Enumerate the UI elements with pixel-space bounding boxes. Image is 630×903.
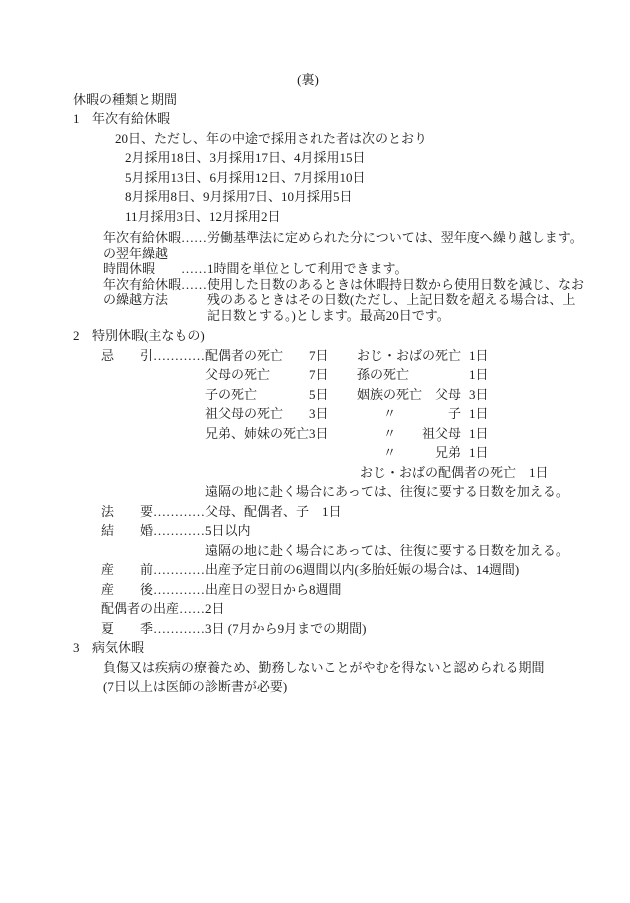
bereavement-row: 配偶者の死亡 7日 おじ・おばの死亡1日 [205,346,573,366]
item-desc: 父母、配偶者、子 1日 [205,502,573,522]
relation-detail: 子 [448,404,461,424]
distance-note: 遠隔の地に赴く場合にあっては、往復に要する日数を加える。 [205,482,573,502]
hire-month-schedule-line: 11月採用3日、12月採用2日 [125,207,573,227]
bereavement-leave-item: 忌 引………… 配偶者の死亡 7日 おじ・おばの死亡1日 父母の死亡 7日 孫の… [101,346,573,502]
relative-name: 孫の死亡 [357,365,409,385]
rule-carryover: 年次有給休暇…… の翌年繰越 労働基準法に定められた分については、翌年度へ繰り越… [103,230,573,261]
bereavement-row: 父母の死亡 7日 孫の死亡1日 [205,365,573,385]
relative-name: 配偶者の死亡 [205,346,309,366]
bereavement-row: おじ・おばの配偶者の死亡 1日 [205,463,573,483]
days-value: 1日 [469,346,489,366]
rule-carryover-method: 年次有給休暇…… の繰越方法 使用した日数のあるときは休暇持日数から使用日数を減… [103,277,573,324]
section-3-heading: 3 病気休暇 [73,638,573,658]
bereavement-row: 祖父母の死亡 3日 〃子1日 [205,404,573,424]
rule-term: 時間休暇 …… [103,261,207,277]
marriage-item: 結 婚………… 5日以内 [101,521,573,541]
relation-detail: 祖父母 [422,424,461,444]
annual-leave-intro: 20日、ただし、年の中途で採用された者は次のとおり [115,129,573,149]
item-term: 法 要………… [101,502,205,522]
prenatal-item: 産 前………… 出産予定日前の6週間以内(多胎妊娠の場合は、14週間) [101,560,573,580]
days-value: 7日 [309,365,339,385]
section-1-title: 年次有給休暇 [92,109,170,129]
days-value: 5日 [309,385,339,405]
relation-detail: 兄弟 [435,443,461,463]
section-2-number: 2 [73,326,92,346]
summer-leave-item: 夏 季………… 3日 (7月から9月までの期間) [101,619,573,639]
sick-leave-condition: 負傷又は疾病の療養ため、勤務しないことがやむを得ないと認められる期間 [103,658,573,678]
hire-month-schedule-line: 8月採用8日、9月採用7日、10月採用5日 [125,187,573,207]
hire-month-schedule-line: 2月採用18日、3月採用17日、4月採用15日 [125,148,573,168]
section-1-number: 1 [73,109,92,129]
rule-desc: 1時間を単位として利用できます。 [207,261,573,277]
rule-term: 年次有給休暇…… [103,230,207,246]
item-term: 夏 季………… [101,619,205,639]
memorial-service-item: 法 要………… 父母、配偶者、子 1日 [101,502,573,522]
uncle-aunt-spouse-line: おじ・おばの配偶者の死亡 1日 [360,463,549,483]
section-2-title: 特別休暇(主なもの) [92,326,205,346]
rule-hourly-leave: 時間休暇 …… 1時間を単位として利用できます。 [103,261,573,277]
days-value: 3日 [469,385,489,405]
annual-leave-rules: 年次有給休暇…… の翌年繰越 労働基準法に定められた分については、翌年度へ繰り越… [103,230,573,323]
relative-name: 子の死亡 [205,385,309,405]
document-page: (裏) 休暇の種類と期間 1 年次有給休暇 20日、ただし、年の中途で採用された… [0,0,630,903]
relative-name: おじ・おばの死亡 [357,346,461,366]
relative-name: 姻族の死亡 [357,385,422,405]
item-term: 忌 引………… [101,346,205,502]
days-value: 1日 [469,424,489,444]
section-2-heading: 2 特別休暇(主なもの) [73,326,573,346]
rule-desc: 労働基準法に定められた分については、翌年度へ繰り越します。 [207,230,583,246]
item-desc: 5日以内 [205,521,573,541]
ditto-mark: 〃 [357,404,396,424]
distance-note: 遠隔の地に赴く場合にあっては、往復に要する日数を加える。 [205,541,573,561]
spouse-childbirth-item: 配偶者の出産…… 2日 [101,599,573,619]
ditto-mark: 〃 [357,443,396,463]
rule-desc: 残のあるときはその日数(ただし、上記日数を超える場合は、上 [207,292,584,308]
relative-name: 父母の死亡 [205,365,309,385]
days-value: 1日 [469,404,489,424]
bereavement-row: 兄弟、姉妹の死亡 3日 〃祖父母1日 [205,424,573,444]
postnatal-item: 産 後………… 出産日の翌日から8週間 [101,580,573,600]
item-term: 産 前………… [101,560,205,580]
page-title: 休暇の種類と期間 [73,90,573,110]
days-value: 3日 [309,404,339,424]
bereavement-row: 子の死亡 5日 姻族の死亡父母3日 [205,385,573,405]
item-term: 結 婚………… [101,521,205,541]
item-desc: 2日 [205,599,573,619]
sick-leave-certificate-note: (7日以上は医師の診断書が必要) [103,677,573,697]
rule-term-cont: の翌年繰越 [103,246,207,262]
left-column-spacer [205,443,339,463]
item-term: 配偶者の出産…… [101,599,205,619]
days-value: 1日 [469,365,489,385]
relative-name: 祖父母の死亡 [205,404,309,424]
section-3-number: 3 [73,638,92,658]
section-1-heading: 1 年次有給休暇 [73,109,573,129]
rule-desc: 記日数とする。)とします。最高20日です。 [207,308,584,324]
relation-detail: 父母 [435,385,461,405]
bereavement-row: 〃兄弟1日 [205,443,573,463]
rule-term-cont: の繰越方法 [103,292,207,308]
hire-month-schedule-line: 5月採用13日、6月採用12日、7月採用10日 [125,168,573,188]
bereavement-table: 配偶者の死亡 7日 おじ・おばの死亡1日 父母の死亡 7日 孫の死亡1日 子の死… [205,346,573,502]
rule-term: 年次有給休暇…… [103,277,207,293]
rule-desc: 使用した日数のあるときは休暇持日数から使用日数を減じ、なお [207,277,584,293]
item-desc: 3日 (7月から9月までの期間) [205,619,573,639]
item-desc: 出産予定日前の6週間以内(多胎妊娠の場合は、14週間) [205,560,573,580]
days-value: 7日 [309,346,339,366]
item-term: 産 後………… [101,580,205,600]
section-3-title: 病気休暇 [92,638,144,658]
item-desc: 出産日の翌日から8週間 [205,580,573,600]
days-value: 1日 [469,443,489,463]
ditto-mark: 〃 [357,424,396,444]
back-label: (裏) [73,70,573,90]
days-value: 3日 [309,424,339,444]
relative-name: 兄弟、姉妹の死亡 [205,424,309,444]
